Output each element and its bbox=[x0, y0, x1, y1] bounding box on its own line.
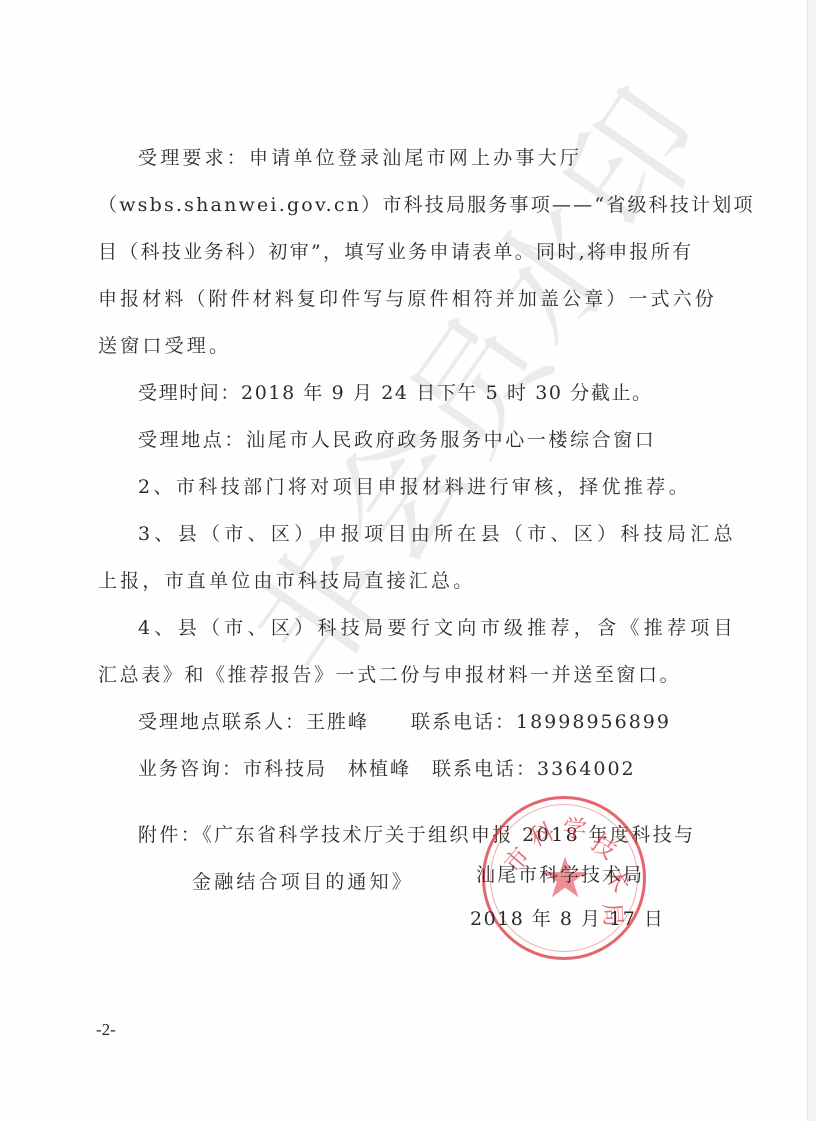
paragraph-contact: 受理地点联系人：王胜峰 联系电话：18998956899 bbox=[138, 710, 671, 734]
paragraph-requirements-line2: （wsbs.shanwei.gov.cn）市科技局服务事项——“省级科技计划项 bbox=[98, 193, 755, 217]
paragraph-requirements-line4: 申报材料（附件材料复印件写与原件相符并加盖公章）一式六份 bbox=[98, 287, 717, 311]
paragraph-item-4-line1: 4、县（市、区）科技局要行文向市级推荐，含《推荐项目 bbox=[138, 616, 737, 640]
paragraph-requirements-line3: 目（科技业务科）初审”，填写业务申请表单。同时,将申报所有 bbox=[98, 240, 693, 264]
paragraph-requirements-line5: 送窗口受理。 bbox=[98, 334, 231, 358]
paragraph-item-3-line1: 3、县（市、区）申报项目由所在县（市、区）科技局汇总 bbox=[138, 522, 737, 546]
signature-organization: 汕尾市科学技术局 bbox=[476, 860, 644, 887]
paragraph-inquiry: 业务咨询：市科技局 林植峰 联系电话：3364002 bbox=[138, 757, 636, 781]
page-edge bbox=[807, 0, 816, 1121]
paragraph-item-3-line2: 上报，市直单位由市科技局直接汇总。 bbox=[98, 569, 475, 593]
seal-char: 学 bbox=[562, 808, 589, 845]
watermark: 非会员水印 bbox=[200, 43, 743, 707]
paragraph-item-2: 2、市科技部门将对项目申报材料进行审核，择优推荐。 bbox=[138, 475, 691, 499]
signature-date: 2018 年 8 月 17 日 bbox=[470, 904, 664, 931]
paragraph-attachment-line2: 金融结合项目的通知》 bbox=[192, 870, 414, 894]
page-number: -2- bbox=[96, 1020, 116, 1040]
paragraph-item-4-line2: 汇总表》和《推荐报告》一式二份与申报材料一并送至窗口。 bbox=[98, 663, 681, 687]
paragraph-requirements-line1: 受理要求：申请单位登录汕尾市网上办事大厅 bbox=[138, 146, 582, 170]
paragraph-location: 受理地点：汕尾市人民政府政务服务中心一楼综合窗口 bbox=[138, 428, 656, 452]
paragraph-deadline: 受理时间：2018 年 9 月 24 日下午 5 时 30 分截止。 bbox=[138, 381, 653, 405]
